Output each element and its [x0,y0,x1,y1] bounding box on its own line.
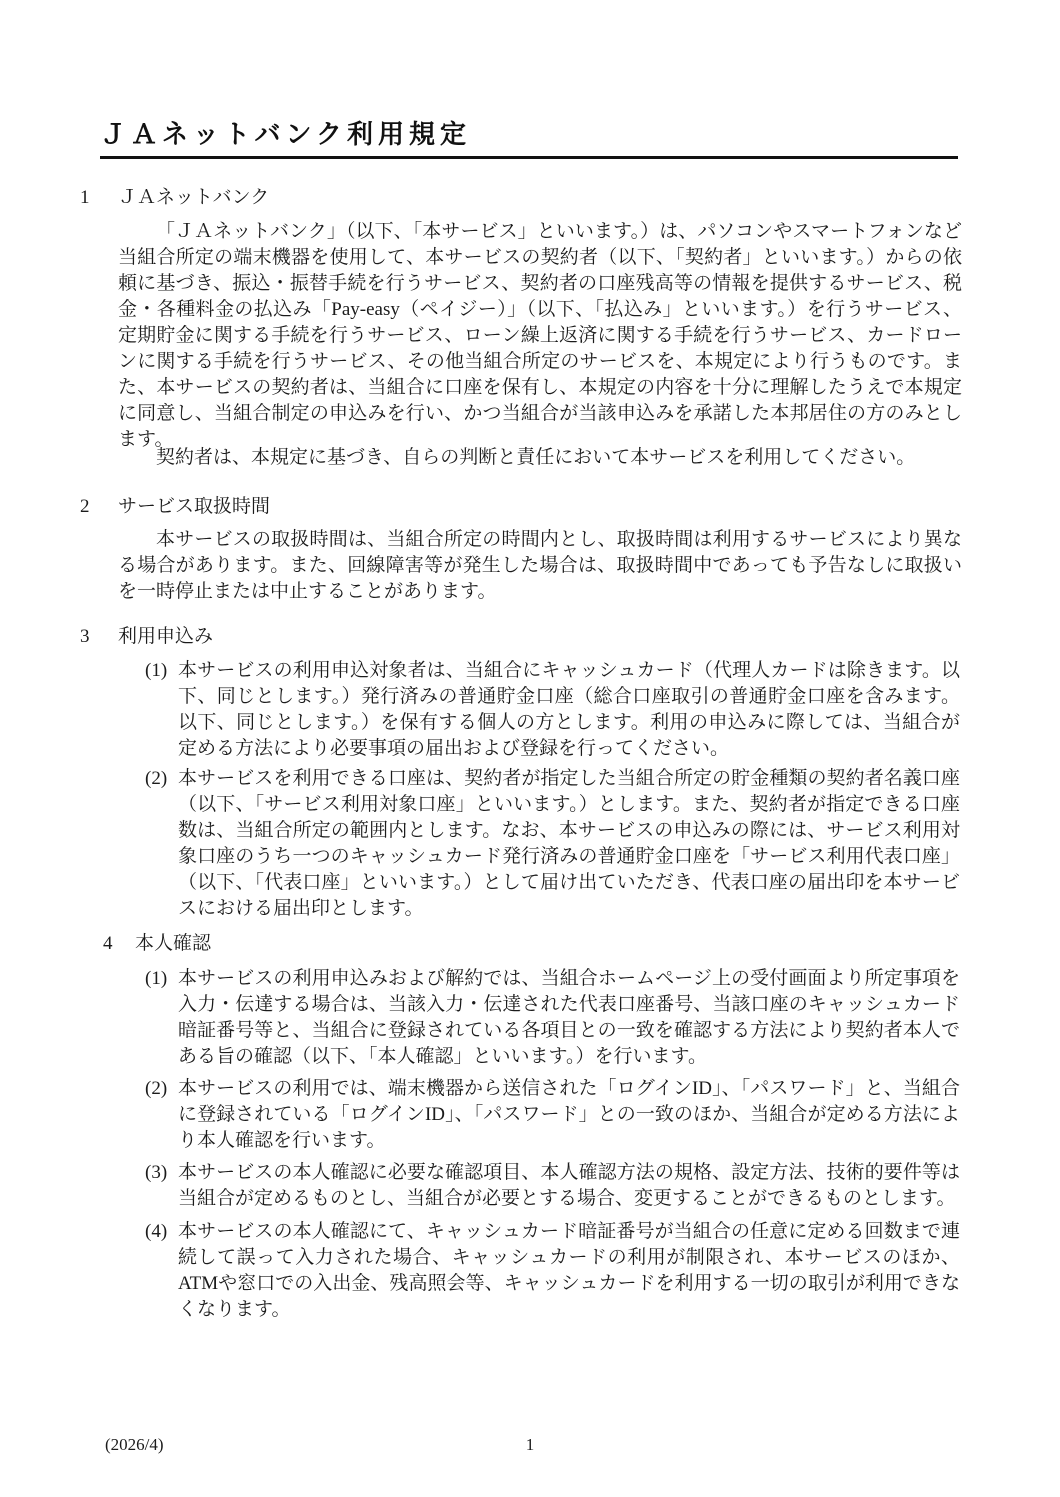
section-4-item-3: (3) 本サービスの本人確認に必要な確認項目、本人確認方法の規格、設定方法、技術… [145,1160,960,1212]
document-title: ＪＡネットバンク利用規定 [100,118,471,150]
section-4-item-2-text: 本サービスの利用では、端末機器から送信された「ログインID」、「パスワード」と、… [178,1076,960,1154]
section-2-number: 2 [80,494,118,520]
section-1-heading: 1 ＪＡネットバンク [80,185,269,211]
section-4-item-4-text: 本サービスの本人確認にて、キャッシュカード暗証番号が当組合の任意に定める回数まで… [178,1219,960,1323]
section-4-number: 4 [103,931,135,957]
section-4-item-1: (1) 本サービスの利用申込みおよび解約では、当組合ホームページ上の受付画面より… [145,966,960,1070]
section-4-item-1-text: 本サービスの利用申込みおよび解約では、当組合ホームページ上の受付画面より所定事項… [178,966,960,1070]
section-2-title: サービス取扱時間 [118,494,270,520]
section-3-item-2: (2) 本サービスを利用できる口座は、契約者が指定した当組合所定の貯金種類の契約… [145,766,960,922]
section-3-title: 利用申込み [118,624,213,650]
section-4-item-3-text: 本サービスの本人確認に必要な確認項目、本人確認方法の規格、設定方法、技術的要件等… [178,1160,960,1212]
section-3-number: 3 [80,624,118,650]
section-4-item-2-label: (2) [145,1076,178,1102]
title-underline-rule [100,156,958,159]
section-2-heading: 2 サービス取扱時間 [80,494,270,520]
section-3-item-2-label: (2) [145,766,178,792]
section-1-number: 1 [80,185,118,211]
document-page: ＪＡネットバンク利用規定 1 ＪＡネットバンク 「ＪＡネットバンク」（以下、「本… [0,0,1060,1497]
section-3-item-1-text: 本サービスの利用申込対象者は、当組合にキャッシュカード（代理人カードは除きます。… [178,658,960,762]
section-1-paragraph-2: 契約者は、本規定に基づき、自らの判断と責任において本サービスを利用してください。 [118,445,962,471]
section-3-heading: 3 利用申込み [80,624,213,650]
section-1-title: ＪＡネットバンク [118,185,269,211]
section-4-heading: 4 本人確認 [103,931,211,957]
section-4-title: 本人確認 [135,931,211,957]
section-3-item-2-text: 本サービスを利用できる口座は、契約者が指定した当組合所定の貯金種類の契約者名義口… [178,766,960,922]
footer-edition-date: (2026/4) [105,1432,164,1458]
section-4-item-4: (4) 本サービスの本人確認にて、キャッシュカード暗証番号が当組合の任意に定める… [145,1219,960,1323]
section-3-item-1: (1) 本サービスの利用申込対象者は、当組合にキャッシュカード（代理人カードは除… [145,658,960,762]
section-4-item-4-label: (4) [145,1219,178,1245]
section-4-item-1-label: (1) [145,966,178,992]
section-3-item-1-label: (1) [145,658,178,684]
section-1-paragraph-1: 「ＪＡネットバンク」（以下、「本サービス」といいます。）は、パソコンやスマートフ… [118,219,962,453]
section-2-paragraph-1: 本サービスの取扱時間は、当組合所定の時間内とし、取扱時間は利用するサービスにより… [118,527,962,605]
section-4-item-2: (2) 本サービスの利用では、端末機器から送信された「ログインID」、「パスワー… [145,1076,960,1154]
section-4-item-3-label: (3) [145,1160,178,1186]
